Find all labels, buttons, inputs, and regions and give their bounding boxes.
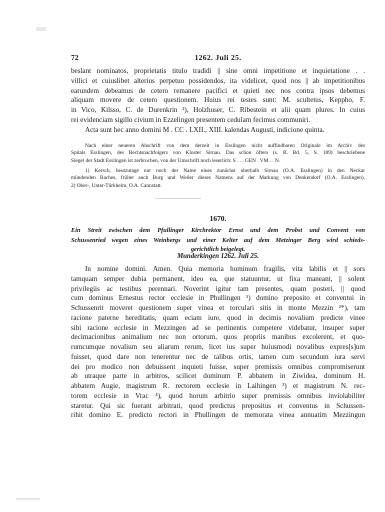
body-line: racione paterne hereditatis, quam eciam … [71, 314, 365, 324]
body-line: rihit domino E. predicto rectori in Phul… [71, 411, 365, 421]
body-line: abbatem Augie, magistrum R. rectorem ecc… [71, 382, 365, 392]
dating-clause: Acta sunt hec anno domini M . CC . LXII.… [71, 126, 365, 136]
body-line: fuisset, quod dare non tenerentur nec de… [71, 353, 365, 363]
regest-line: Schussenried wegen eines Weinbergs und e… [71, 236, 365, 246]
body-line: tamquam semper dubia permanent, ideo ea,… [71, 275, 365, 285]
footnote-2-line: 2) Ober-, Unter-Türkheim, O.A. Cannstatt… [71, 183, 365, 190]
running-header: 72 1262. Juli 25. [71, 53, 365, 63]
text-line: villici et cuiuslibet alterius perpetuo … [71, 77, 365, 87]
note-line: Siegel der Stadt Esslingen ist zerbroche… [71, 158, 365, 165]
text-line: beslant nominatos, proprietatis titulo t… [71, 67, 365, 77]
note-line: Spitals Esslingen, des Rechtsnachfolgers… [71, 150, 365, 157]
scan-mark [16, 498, 40, 500]
text-line: aliquam movere de cetero questionem. Hui… [71, 96, 365, 106]
source-note: Nach einer neueren Abschrift von dem der… [71, 143, 365, 165]
regest: Ein Streit zwischen dem Pfullinger Kirch… [71, 226, 365, 255]
running-title: 1262. Juli 25. [71, 53, 365, 62]
body-line: sibi racione ecclesie in Mezzingen ad se… [71, 324, 365, 334]
footnote-1-line: 1) Kersch, heutzutage nur noch der Name … [71, 168, 365, 175]
footnotes: 1) Kersch, heutzutage nur noch der Name … [71, 168, 365, 190]
previous-document-text: beslant nominatos, proprietatis titulo t… [71, 67, 365, 135]
note-line: Nach einer neueren Abschrift von dem der… [71, 143, 365, 150]
body-line: Schussenrit moveret questionem super vin… [71, 304, 365, 314]
body-line: staretur. Qui sic fuerant arbitrati, quo… [71, 402, 365, 412]
text-line: in Vico, Kilsso, C. de Durenkrin ²), Hol… [71, 106, 365, 116]
document-body: In nomine domini. Amen. Quia memoria hom… [71, 265, 365, 421]
body-line: decimacionibus animalium nec non ortorum… [71, 333, 365, 343]
scan-mark [36, 27, 46, 31]
document-number: 1670. [71, 214, 365, 223]
text-line: earundem debeamus de cetero remanere pac… [71, 87, 365, 97]
body-line: ab utraque parte in arbitros, scilicet d… [71, 372, 365, 382]
footnote-1-line: mündenden Baches, früher auch Burg und W… [71, 175, 365, 182]
place-date: Munderkingen 1262. Juli 25. [71, 253, 365, 260]
body-line: cum dominus Ernestus rector ecclesie in … [71, 294, 365, 304]
body-line: rumcumque novalium seu aliarum rerum, li… [71, 343, 365, 353]
regest-line: Ein Streit zwischen dem Pfullinger Kirch… [71, 226, 365, 236]
body-line: In nomine domini. Amen. Quia memoria hom… [71, 265, 365, 275]
text-line: rei evidenciam sigillo civium in Ezzelin… [71, 116, 365, 126]
body-line: dei pro modico non debuissent inquieti f… [71, 363, 365, 373]
body-line: privilegiis ac testibus perennari. Nover… [71, 285, 365, 295]
body-line: torem ecclesie in Vrac ⁴), quod horum ar… [71, 392, 365, 402]
section-divider [155, 198, 201, 199]
